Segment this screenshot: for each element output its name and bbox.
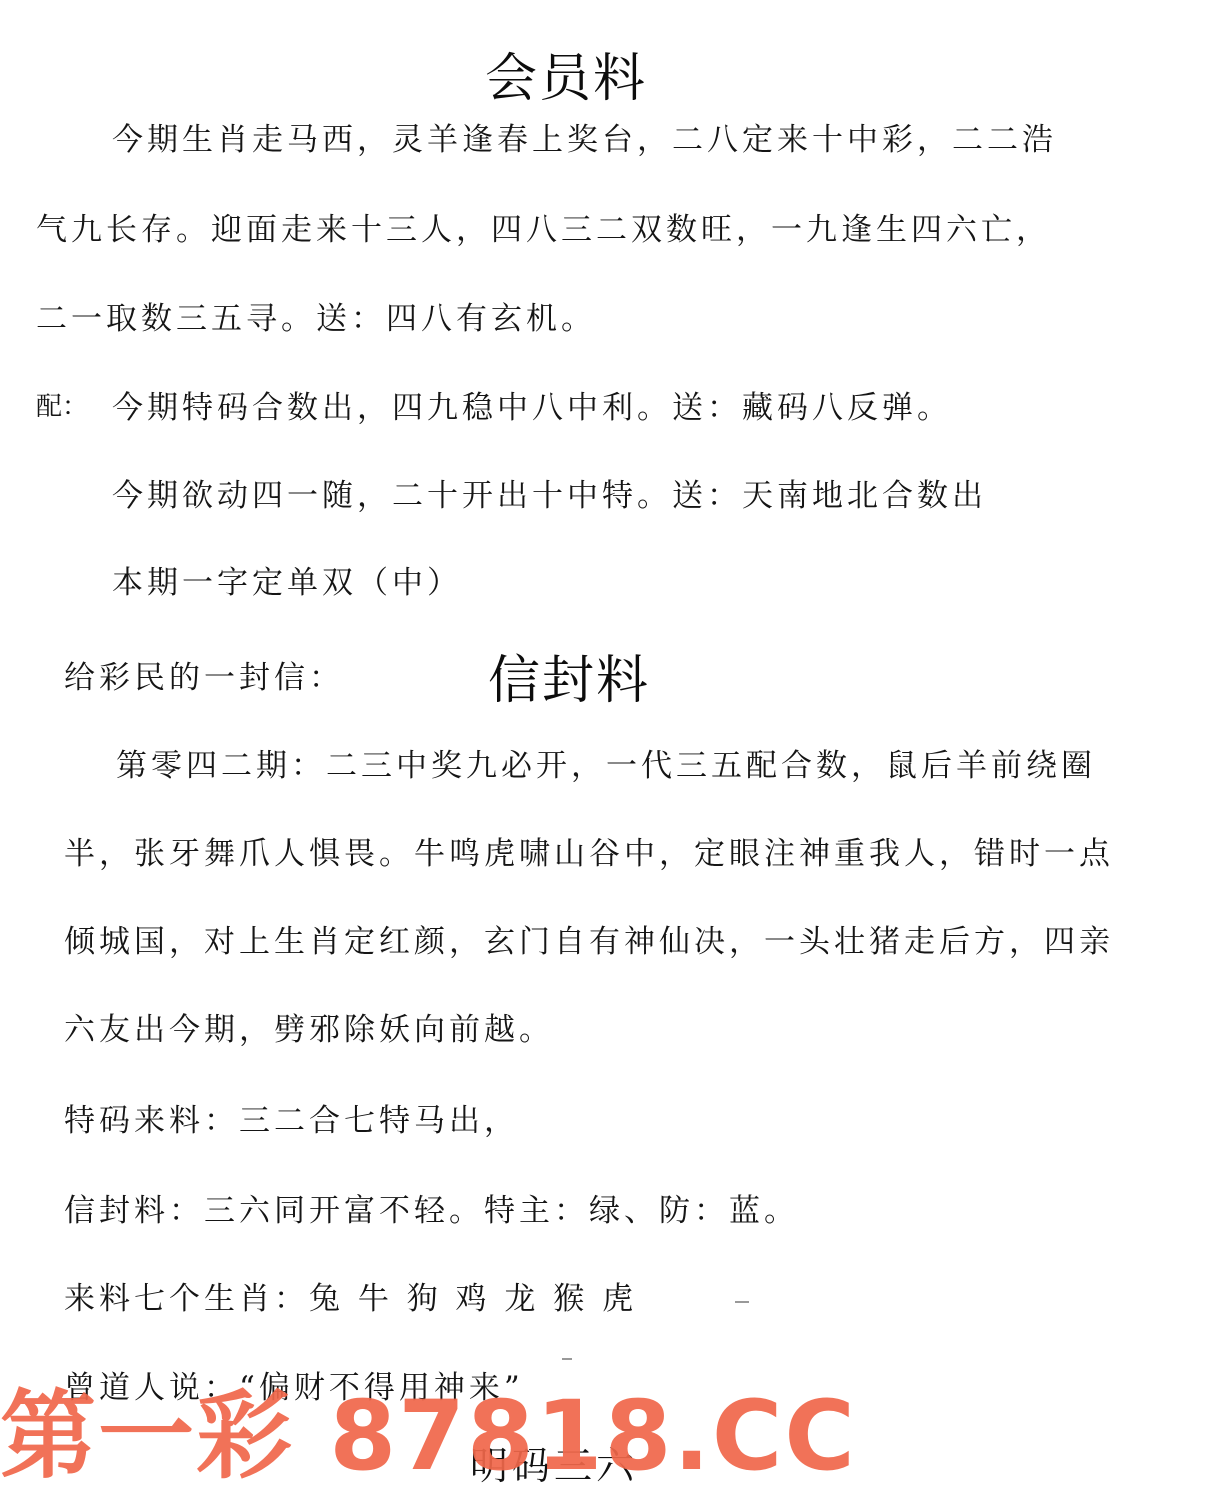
- scan-speck: [562, 1358, 572, 1360]
- paragraph-line: 第零四二期：二三中奖九必开，一代三五配合数，鼠后羊前绕圈: [116, 740, 1096, 785]
- paragraph-line: 倾城国，对上生肖定红颜，玄门自有神仙决，一头壮猪走后方，四亲: [64, 916, 1114, 961]
- pei-label: 配：: [36, 386, 88, 423]
- scan-speck: [735, 1301, 749, 1303]
- special-code-line: 特码来料：三二合七特马出，: [64, 1095, 519, 1140]
- watermark: 第一彩 87818.CC: [0, 1388, 857, 1484]
- paragraph-line: 气九长存。迎面走来十三人，四八三二双数旺，一九逢生四六亡，: [36, 204, 1051, 249]
- section-title-envelope: 信封料: [488, 638, 650, 713]
- paragraph-line: 半，张牙舞爪人惧畏。牛鸣虎啸山谷中，定眼注神重我人，错时一点: [64, 828, 1114, 873]
- paragraph-line: 二一取数三五寻。送：四八有玄机。: [36, 293, 596, 338]
- pei-line: 本期一字定单双（中）: [112, 557, 462, 602]
- zodiac-line: 来料七个生肖：兔 牛 狗 鸡 龙 猴 虎: [64, 1273, 637, 1318]
- pei-line: 今期特码合数出，四九稳中八中利。送：藏码八反弹。: [112, 382, 952, 427]
- pei-line: 今期欲动四一随，二十开出十中特。送：天南地北合数出: [112, 470, 987, 515]
- letter-label: 给彩民的一封信：: [64, 652, 344, 697]
- document-page: 会员料 今期生肖走马西，灵羊逢春上奖台，二八定来十中彩，二二浩 气九长存。迎面走…: [0, 0, 1205, 1500]
- paragraph-line: 今期生肖走马西，灵羊逢春上奖台，二八定来十中彩，二二浩: [112, 114, 1057, 159]
- envelope-line: 信封料：三六同开富不轻。特主：绿、防：蓝。: [64, 1185, 799, 1230]
- paragraph-line: 六友出今期，劈邪除妖向前越。: [64, 1004, 554, 1049]
- section-title-member: 会员料: [485, 36, 647, 111]
